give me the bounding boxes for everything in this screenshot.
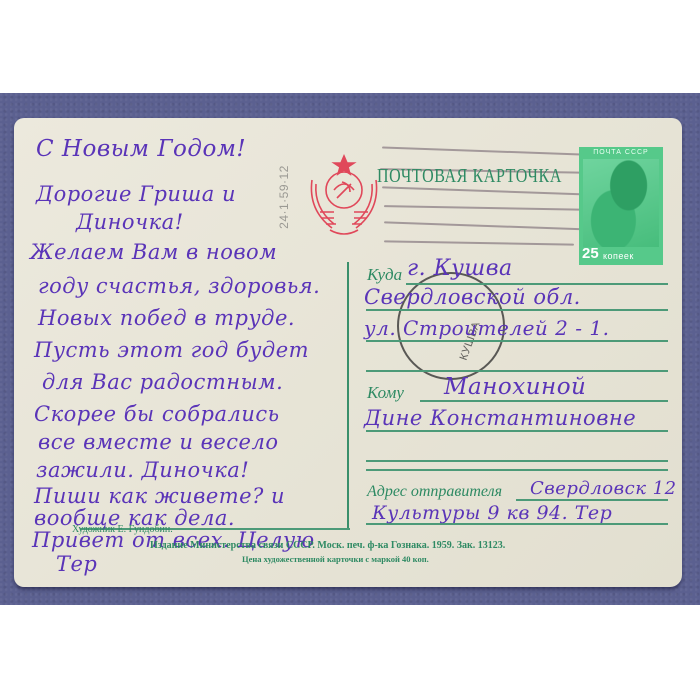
price-line: Цена художественной карточки с маркой 40… [242, 554, 429, 564]
postcard-title: ПОЧТОВАЯ КАРТОЧКА [377, 166, 562, 189]
message-line: Пусть этот год будет [34, 338, 309, 362]
address-line [516, 499, 668, 501]
stamp-value: 25 [582, 245, 599, 262]
message-line: зажили. Диночка! [36, 458, 249, 482]
address-divider [347, 262, 349, 530]
label-whom: Кому [367, 383, 404, 403]
message-line: Скорее бы собрались [34, 402, 280, 426]
address-sender-line-1: Свердловск 12 [530, 478, 677, 499]
message-line: все вместе и весело [38, 430, 278, 454]
message-line: С Новым Годом! [36, 136, 246, 162]
ussr-emblem-icon [304, 150, 384, 240]
message-line: Диночка! [76, 210, 184, 234]
postmark-date: 24·1·59·12 [277, 165, 291, 229]
message-line: Новых побед в труде. [38, 306, 295, 330]
message-line: для Вас радостным. [42, 370, 283, 394]
address-line [366, 460, 668, 462]
postage-stamp: ПОЧТА СССР 25 копеек [579, 147, 663, 265]
address-line [366, 370, 668, 372]
message-line: Дорогие Гриша и [36, 182, 236, 206]
address-line [366, 340, 668, 342]
address-line [366, 430, 668, 432]
label-sender: Адрес отправителя [367, 483, 502, 501]
stamp-country: ПОЧТА СССР [579, 147, 663, 158]
message-line: Желаем Вам в новом [30, 240, 277, 264]
address-to-line-3: ул. Строителей 2 - 1. [364, 316, 609, 340]
message-line: году счастья, здоровья. [38, 274, 320, 298]
message-line: Пиши как живете? и [34, 484, 285, 508]
address-line [366, 309, 668, 311]
address-to-line-2: Свердловской обл. [364, 285, 581, 309]
address-to-line-1: г. Кушва [407, 256, 513, 281]
miner-illustration-icon [583, 159, 659, 247]
imprint-line: Издание Министерства связи СССР. Моск. п… [150, 540, 505, 551]
address-whom-line-1: Манохиной [444, 374, 586, 400]
artist-credit: Художник Е. Гундобин. [72, 524, 173, 535]
address-whom-line-2: Дине Константиновне [364, 406, 636, 430]
address-sender-line-2: Культуры 9 кв 94. Тер [372, 502, 612, 524]
stamp-unit: копеек [603, 251, 634, 261]
address-line [420, 400, 668, 402]
address-line [366, 469, 668, 471]
label-to: Куда [367, 265, 402, 285]
signature: Тер [56, 552, 97, 576]
